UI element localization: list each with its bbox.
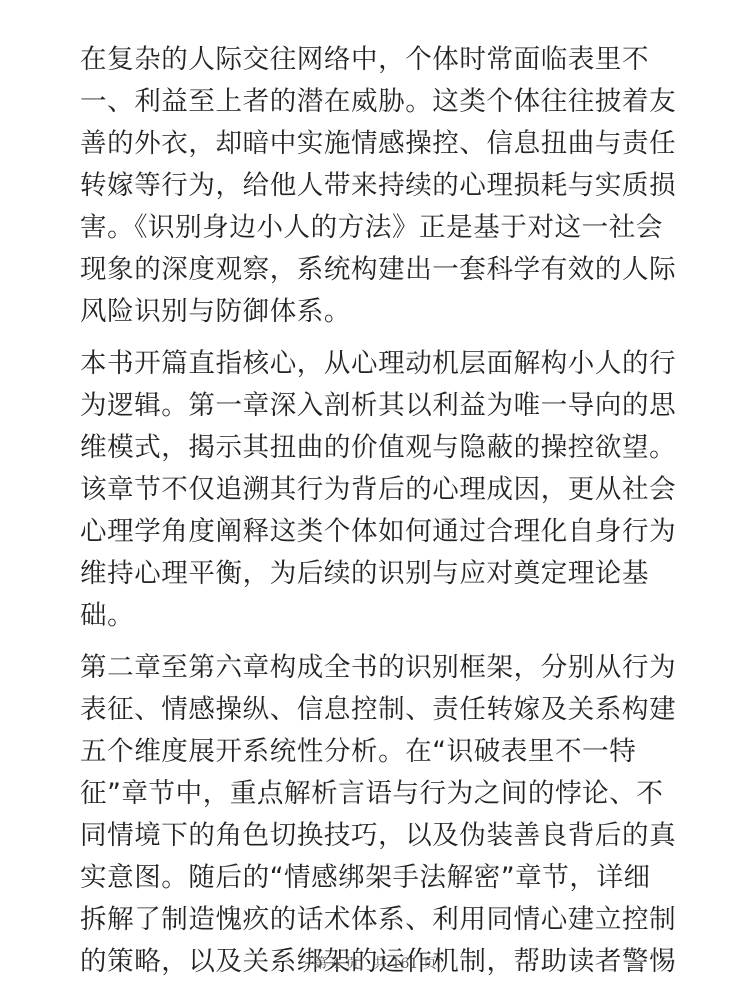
text-line: 心理学角度阐释这类个体如何通过合理化自身行为 — [80, 511, 670, 553]
paragraph-chapter-one: 本书开篇直指核心，从心理动机层面解构小人的行 为逻辑。第一章深入剖析其以利益为唯… — [80, 343, 670, 637]
text-line: 一、利益至上者的潜在威胁。这类个体往往披着友 — [80, 81, 670, 123]
text-line: 本书开篇直指核心，从心理动机层面解构小人的行 — [80, 343, 670, 385]
text-line: 第二章至第六章构成全书的识别框架，分别从行为 — [80, 647, 670, 689]
text-line: 维持心理平衡，为后续的识别与应对奠定理论基 — [80, 553, 670, 595]
text-line: 现象的深度观察，系统构建出一套科学有效的人际 — [80, 249, 670, 291]
text-line: 善的外衣，却暗中实施情感操控、信息扭曲与责任 — [80, 123, 670, 165]
text-line: 同情境下的角色切换技巧，以及伪装善良背后的真 — [80, 815, 670, 857]
paragraph-framework: 第二章至第六章构成全书的识别框架，分别从行为 表征、情感操纵、信息控制、责任转嫁… — [80, 647, 670, 983]
text-line: 在复杂的人际交往网络中，个体时常面临表里不 — [80, 39, 670, 81]
text-line: 为逻辑。第一章深入剖析其以利益为唯一导向的思 — [80, 385, 670, 427]
text-line: 拆解了制造愧疚的话术体系、利用同情心建立控制 — [80, 899, 670, 941]
text-line: 该章节不仅追溯其行为背后的心理成因，更从社会 — [80, 469, 670, 511]
text-line: 础。 — [80, 595, 670, 637]
document-page: 在复杂的人际交往网络中，个体时常面临表里不 一、利益至上者的潜在威胁。这类个体往… — [80, 39, 670, 993]
text-line: 实意图。随后的“情感绑架手法解密”章节，详细 — [80, 857, 670, 899]
text-line: 维模式，揭示其扭曲的价值观与隐蔽的操控欲望。 — [80, 427, 670, 469]
text-line: 风险识别与防御体系。 — [80, 291, 670, 333]
text-line: 表征、情感操纵、信息控制、责任转嫁及关系构建 — [80, 689, 670, 731]
paragraph-intro: 在复杂的人际交往网络中，个体时常面临表里不 一、利益至上者的潜在威胁。这类个体往… — [80, 39, 670, 333]
text-line: 征”章节中，重点解析言语与行为之间的悖论、不 — [80, 773, 670, 815]
page-indicator: 第 4 页，共 161 页 — [0, 953, 750, 973]
text-line: 转嫁等行为，给他人带来持续的心理损耗与实质损 — [80, 165, 670, 207]
text-line: 五个维度展开系统性分析。在“识破表里不一特 — [80, 731, 670, 773]
text-line: 害。《识别身边小人的方法》正是基于对这一社会 — [80, 207, 670, 249]
